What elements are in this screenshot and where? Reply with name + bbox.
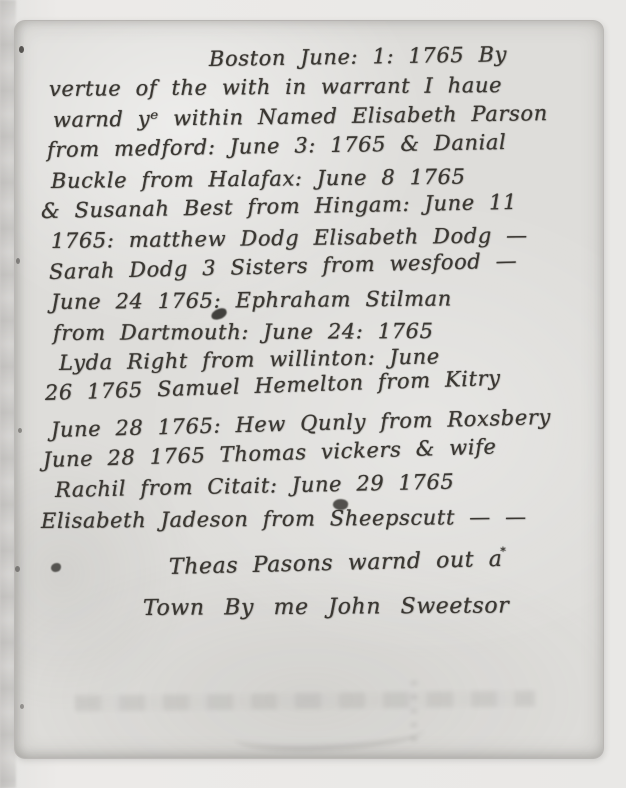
- manuscript-line: June 24 1765: Ephraham Stilman: [51, 285, 593, 320]
- paper-speck: [16, 258, 20, 264]
- paper-speck: [20, 704, 24, 709]
- manuscript-line: Elisabeth Jadeson from Sheepscutt — —: [41, 504, 593, 539]
- manuscript-closing-line: Theas Pasons warnd out a*: [169, 545, 594, 586]
- scanned-document: Boston June: 1: 1765 By vertue of the wi…: [0, 0, 626, 788]
- paper-speck: [15, 566, 20, 572]
- flourish-mark: *: [500, 545, 506, 558]
- closing-text: Theas Pasons warnd out a: [169, 547, 503, 580]
- manuscript-paper: Boston June: 1: 1765 By vertue of the wi…: [14, 20, 604, 759]
- show-through-smudge: [411, 681, 417, 751]
- show-through-smudge: [235, 716, 426, 754]
- show-through-smudge: [75, 691, 535, 712]
- paper-speck: [18, 428, 22, 433]
- paper-speck: [19, 46, 24, 53]
- manuscript-body-text: Boston June: 1: 1765 By vertue of the wi…: [31, 47, 593, 626]
- signature-line: Town By me John Sweetsor: [143, 592, 593, 626]
